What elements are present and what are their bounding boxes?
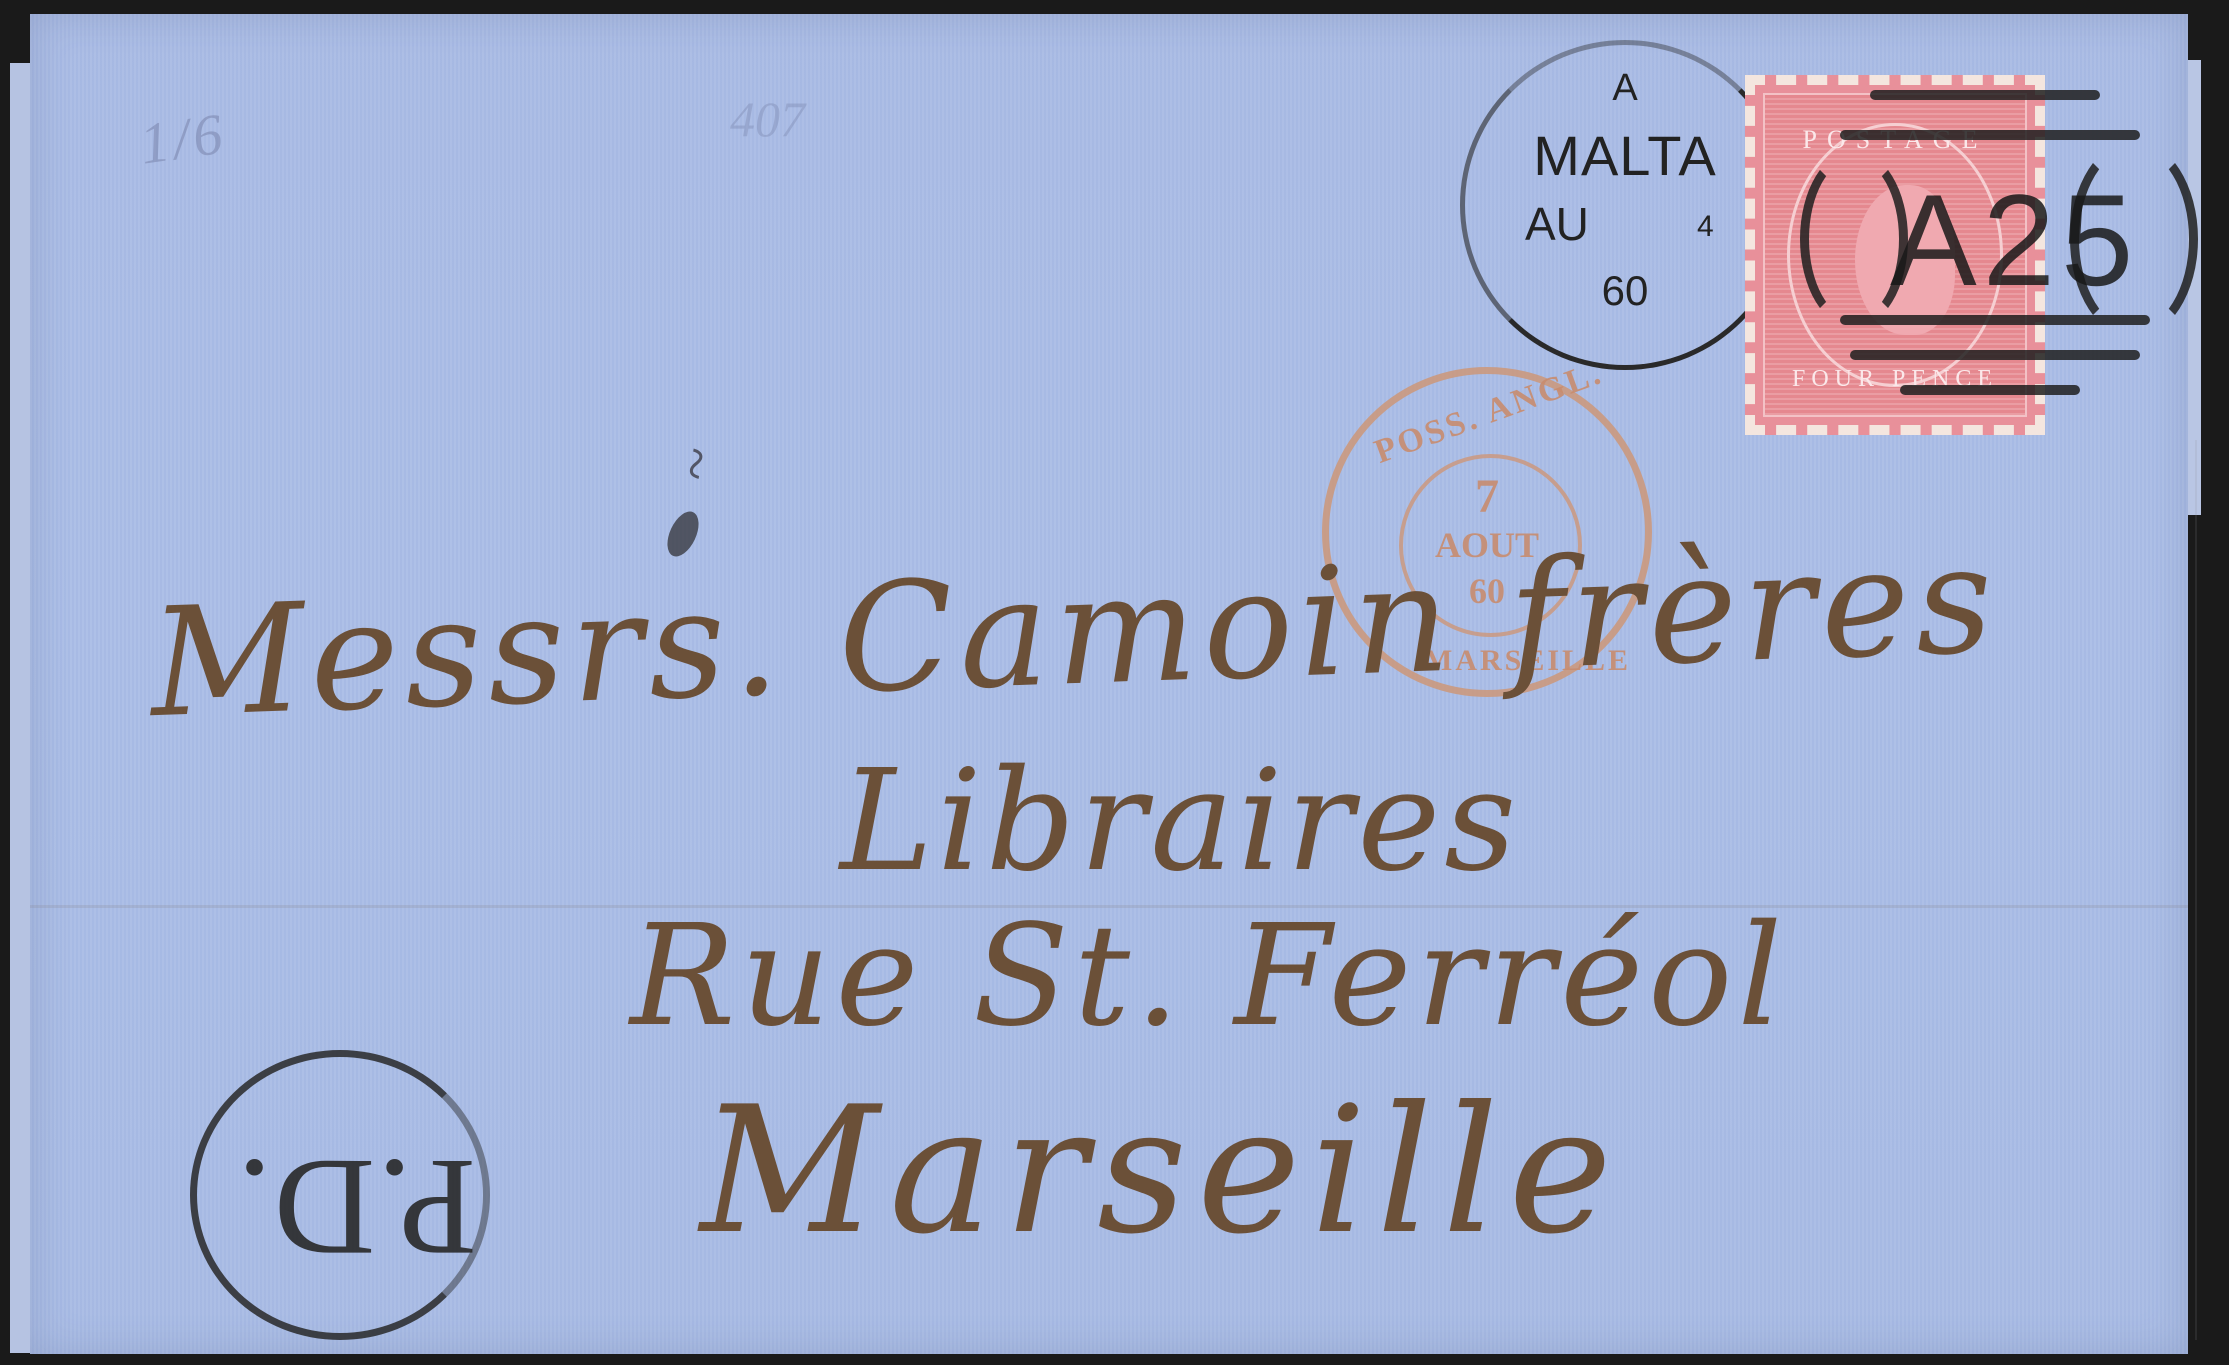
cancel-bar: [1870, 90, 2100, 100]
address-line-street: Rue St. Ferréol: [630, 895, 1787, 1058]
pd-text: P.D.: [235, 1127, 476, 1288]
entry-mark-day: 7: [1329, 469, 1645, 524]
datestamp-year: 60: [1465, 267, 1785, 315]
datestamp-code: A: [1465, 67, 1785, 110]
address-line-occupation: Libraires: [840, 740, 1520, 903]
vertical-fold-line: [2195, 440, 2197, 1340]
cancel-bar: [1850, 350, 2140, 360]
cancel-bar: [1840, 130, 2140, 140]
datestamp-town: MALTA: [1465, 123, 1785, 188]
cancel-number: A25: [1890, 165, 2139, 315]
malta-circular-datestamp: A MALTA AU 4 60: [1460, 40, 1790, 370]
pencil-annotation: 1/6: [136, 99, 231, 177]
barred-oval-cancel: A25: [1810, 80, 2180, 400]
datestamp-month: AU: [1525, 197, 1589, 251]
paid-destination-mark: P.D.: [190, 1050, 490, 1340]
pencil-annotation-faint: 407: [730, 90, 805, 148]
datestamp-day: 4: [1697, 210, 1714, 244]
cancel-bar: [1900, 385, 2080, 395]
address-line-city: Marseille: [700, 1070, 1622, 1273]
